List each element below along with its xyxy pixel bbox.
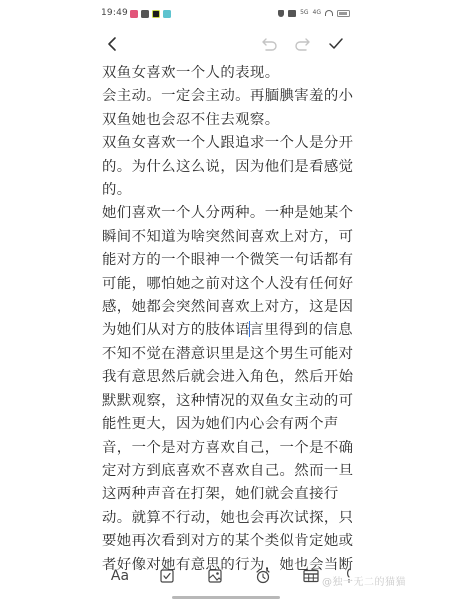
image-button[interactable]	[204, 563, 226, 589]
image-icon	[208, 569, 222, 583]
phone-screen: 19:49 5G 4G	[92, 0, 358, 600]
back-button[interactable]	[100, 30, 124, 58]
note-line: 瞬间不知道为啥突然间喜欢上对方，可	[102, 226, 352, 249]
status-time: 19:49	[101, 8, 128, 18]
table-button[interactable]	[300, 563, 322, 589]
signal-4g-icon: 4G	[313, 9, 321, 17]
redo-icon	[293, 36, 311, 52]
font-style-label: Aa	[111, 568, 129, 584]
note-line: 我有意思然后就会进入角色，然后开始	[102, 366, 352, 389]
app-notification-icon	[152, 10, 160, 18]
text-after-cursor: 言里得到的信息	[249, 322, 353, 338]
status-bar: 19:49 5G 4G	[92, 0, 358, 28]
text-before-cursor: 为她们从对方的肢体语	[102, 322, 250, 338]
note-line: 双鱼女喜欢一个人跟追求一个人是分开	[102, 132, 352, 155]
note-line: 会主动。一定会主动。再腼腆害羞的小	[102, 85, 352, 108]
watermark: @独一无二的猫猫	[322, 573, 406, 588]
format-toolbar: Aa	[92, 563, 358, 589]
note-line: 默默观察，这种情况的双鱼女主动的可	[102, 390, 352, 413]
note-line: 不知不觉在潜意识里是这个男生可能对	[102, 343, 352, 366]
checkbox-icon	[160, 569, 174, 583]
undo-icon	[261, 36, 279, 52]
undo-button[interactable]	[258, 30, 282, 58]
table-icon	[303, 569, 319, 583]
checkmark-icon	[328, 37, 344, 51]
home-indicator[interactable]	[172, 596, 280, 599]
reminder-button[interactable]	[252, 563, 274, 589]
note-line: 能对方的一个眼神一个微笑一句话都有	[102, 249, 352, 272]
note-line: 双鱼她也会忍不住去观察。	[102, 109, 352, 132]
battery-icon	[337, 10, 350, 17]
note-line: 要她再次看到对方的某个类似肯定她或	[102, 530, 352, 553]
app-notification-icon	[130, 10, 138, 18]
signal-5g-icon: 5G	[300, 9, 308, 17]
app-notification-icon	[163, 10, 171, 18]
redo-button[interactable]	[290, 30, 314, 58]
note-line: 定对方到底喜欢不喜欢自己。然而一旦	[102, 460, 352, 483]
hd-icon	[288, 10, 296, 17]
note-line: 的。	[102, 179, 352, 202]
checklist-button[interactable]	[156, 563, 178, 589]
font-style-button[interactable]: Aa	[108, 563, 132, 589]
editor-toolbar	[92, 30, 358, 60]
chevron-left-icon	[106, 36, 118, 52]
note-line-with-cursor: 为她们从对方的肢体语言里得到的信息	[102, 319, 352, 342]
note-line: 动。就算不行动，她也会再次试探，只	[102, 507, 352, 530]
note-line: 双鱼女喜欢一个人的表现。	[102, 62, 352, 85]
note-line: 能性更大，因为她们内心会有两个声	[102, 413, 352, 436]
note-line: 她们喜欢一个人分两种。一种是她某个	[102, 202, 352, 225]
confirm-button[interactable]	[324, 30, 348, 58]
note-line: 感，她都会突然间喜欢上对方，这是因	[102, 296, 352, 319]
note-line: 音，一个是对方喜欢自己，一个是不确	[102, 437, 352, 460]
note-line: 的。为什么这么说，因为他们是看感觉	[102, 156, 352, 179]
shield-icon	[278, 10, 284, 17]
alarm-clock-icon	[255, 568, 271, 584]
note-body[interactable]: 双鱼女喜欢一个人的表现。 会主动。一定会主动。再腼腆害羞的小 双鱼她也会忍不住去…	[102, 62, 352, 577]
status-icons: 5G 4G	[278, 9, 350, 17]
note-line: 这两种声音在打架，她们就会直接行	[102, 483, 352, 506]
note-line: 可能，哪怕她之前对这个人没有任何好	[102, 273, 352, 296]
wifi-icon	[325, 10, 333, 16]
mail-notification-icon	[141, 10, 149, 18]
